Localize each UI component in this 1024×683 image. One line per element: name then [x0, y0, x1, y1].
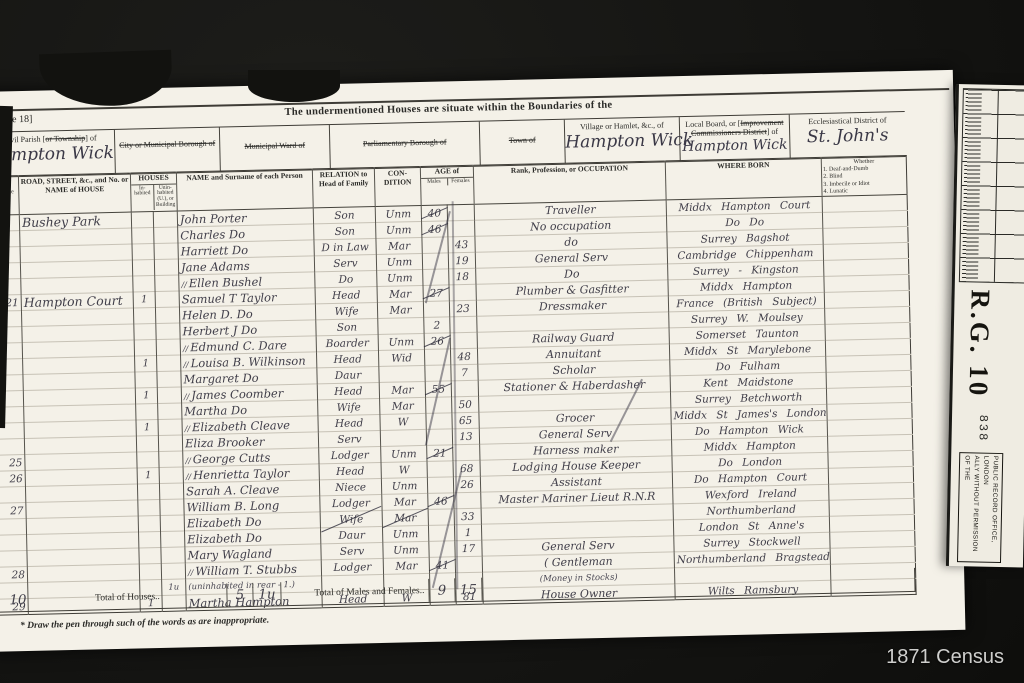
cell-age-male [427, 461, 453, 478]
col-header-relation: RELATION to Head of Family [312, 168, 375, 208]
cell-age-male [423, 269, 449, 286]
cell-inhabited [138, 515, 160, 531]
cell-uninhabited [154, 243, 178, 260]
copyright-notice-line: ALLY WITHOUT PERMISSION OF THE [960, 455, 981, 559]
cell-condition: Unm [377, 269, 423, 286]
cell-schedule [0, 535, 27, 552]
cell-uninhabited [153, 211, 177, 228]
total-mf-label: Total of Males and Females.. [280, 579, 428, 605]
cell-relation: Son [314, 223, 376, 240]
cell-uninhabited [159, 483, 183, 500]
cell-age-female: 13 [452, 428, 479, 445]
cell-inhabited [136, 435, 158, 451]
cell-infirmity [828, 450, 913, 468]
cell-uninhabited [161, 563, 185, 580]
cell-inhabited [132, 244, 154, 260]
cell-infirmity [827, 402, 912, 420]
village-value: Hampton Wick [565, 130, 679, 153]
cell-relation: Head [319, 462, 381, 479]
cell-uninhabited [155, 275, 179, 292]
cell-condition: Mar [382, 509, 428, 526]
cell-relation: Head [316, 350, 378, 367]
cell-condition [380, 429, 426, 446]
cell-age-female [454, 492, 481, 509]
total-houses-label: Total of Houses.. [28, 583, 226, 610]
box-label-struck: Municipal Ward of [244, 141, 305, 151]
col-header-males: Males [421, 178, 447, 186]
cell-age-female: 65 [452, 412, 479, 429]
col-header-occupation: Rank, Profession, or OCCUPATION [473, 161, 666, 204]
infirmity-line: 1. Deaf-and-Dumb [823, 166, 868, 173]
cell-condition: Unm [375, 205, 421, 222]
cell-relation: Serv [318, 430, 380, 447]
cell-inhabited [132, 228, 154, 244]
civil-parish-value: Hampton Wick [0, 143, 115, 166]
cell-inhabited [134, 324, 156, 340]
header-box-local-board: Local Board, or [Improvement Commissione… [680, 115, 791, 161]
box-label-struck: Town of [509, 135, 536, 145]
cell-relation: Daur [320, 526, 382, 543]
cell-infirmity [823, 242, 908, 260]
cell-condition: Unm [381, 477, 427, 494]
cell-age-male [426, 429, 452, 446]
header-box-town: Town of [480, 120, 566, 166]
cell-relation: Head [317, 382, 379, 399]
cell-infirmity [830, 530, 915, 548]
ecclesiastical-value: St. John's [790, 125, 905, 148]
cell-age-female [453, 444, 480, 461]
cell-inhabited [139, 563, 161, 579]
cell-age-male [425, 365, 451, 382]
cell-infirmity [822, 210, 907, 228]
cell-condition: Unm [378, 333, 424, 350]
local-board-value: Hampton Wick [680, 137, 789, 155]
cell-condition: Mar [382, 493, 428, 510]
cell-relation: Wife [320, 510, 382, 527]
census-page: age 18] The undermentioned Houses are si… [0, 70, 965, 652]
cell-infirmity [824, 290, 909, 308]
header-box-village: Village or Hamlet, &c., of Hampton Wick [565, 117, 681, 164]
cell-inhabited [135, 372, 157, 388]
col-header-name: NAME and Surname of each Person [176, 169, 313, 211]
header-box-city-borough: City or Municipal Borough of [115, 128, 221, 174]
cell-inhabited [132, 260, 154, 276]
cell-infirmity [826, 386, 911, 404]
cell-inhabited [131, 212, 153, 228]
header-box-municipal-ward: Municipal Ward of [220, 125, 331, 171]
cell-age-female: 68 [453, 460, 480, 477]
cell-uninhabited [155, 291, 179, 308]
cell-infirmity [826, 370, 911, 388]
header-box-civil-parish: Civil Parish [or Township] of Hampton Wi… [0, 130, 116, 177]
cell-relation: Son [313, 207, 375, 224]
cell-relation: Head [318, 414, 380, 431]
archive-piece-number: 838 [976, 414, 991, 442]
cell-condition: Mar [376, 237, 422, 254]
infirmity-line: 2. Blind [823, 174, 842, 180]
cell-relation: Daur [317, 366, 379, 383]
cell-relation: Son [316, 318, 378, 335]
cell-inhabited: 1 [137, 467, 159, 483]
cell-relation: Wife [315, 302, 377, 319]
box-label-struck: or Township [45, 134, 85, 144]
cell-inhabited: 1 [135, 388, 157, 404]
cell-uninhabited [154, 259, 178, 276]
cell-age-female [455, 556, 482, 573]
cell-schedule: 25 [0, 455, 25, 472]
cell-schedule: 26 [0, 471, 25, 488]
cell-age-male [422, 237, 448, 254]
col-header-age: AGE of Males Females [420, 165, 474, 205]
box-label: Village or Hamlet, &c., of [580, 120, 664, 131]
cell-relation: Wife [318, 398, 380, 415]
total-females: 15 [454, 578, 482, 602]
cell-infirmity [829, 498, 914, 516]
archive-reference: R.G. 10 [962, 289, 995, 398]
cell-relation: Boarder [316, 334, 378, 351]
cell-inhabited [136, 404, 158, 420]
archive-reference-strip: R.G. 10 838 ALLY WITHOUT PERMISSION OF T… [946, 84, 1024, 568]
cell-relation: D in Law [314, 239, 376, 256]
watermark-1871-census: 1871 Census [886, 646, 1004, 669]
cell-infirmity [825, 322, 910, 340]
cell-infirmity [830, 546, 915, 564]
cell-uninhabited [154, 227, 178, 244]
cell-inhabited [138, 499, 160, 515]
cell-inhabited [134, 340, 156, 356]
cell-uninhabited [160, 499, 184, 516]
cell-infirmity [828, 434, 913, 452]
cell-inhabited: 1 [133, 292, 155, 308]
cell-condition: Unm [381, 445, 427, 462]
cell-age-male: 40 [421, 205, 447, 222]
cell-uninhabited [157, 387, 181, 404]
totals-left-number: 10 [0, 588, 29, 612]
cell-infirmity [825, 338, 910, 356]
cell-infirmity [829, 482, 914, 500]
cell-inhabited [137, 451, 159, 467]
cell-condition [378, 317, 424, 334]
copyright-notice: ALLY WITHOUT PERMISSION OF THE PUBLIC RE… [957, 452, 1003, 563]
header-box-ecclesiastical: Ecclesiastical District of St. John's [790, 112, 906, 159]
cell-relation: Do [315, 271, 377, 288]
cell-age-male [428, 525, 454, 542]
cell-uninhabited [159, 451, 183, 468]
col-header-road: ROAD, STREET, &c., and No. or NAME of HO… [18, 173, 131, 215]
infirmity-line: 3. Imbecile or Idiot [823, 180, 869, 187]
cell-uninhabited [158, 435, 182, 452]
cell-infirmity [826, 354, 911, 372]
cell-inhabited [139, 531, 161, 547]
cell-condition: Mar [377, 301, 423, 318]
cell-inhabited: 1 [135, 356, 157, 372]
header-box-parliamentary-borough: Parliamentary Borough of [330, 122, 481, 169]
col-header-condition: CON- DITION [374, 166, 421, 206]
col-header-infirmity: Whether 1. Deaf-and-Dumb 2. Blind 3. Imb… [821, 155, 907, 196]
cell-infirmity [824, 274, 909, 292]
total-houses-uninhabited: 1u [252, 582, 281, 606]
cell-age-male: 46 [428, 493, 454, 510]
col-header-inhabited: In-habited [131, 185, 154, 211]
col-header-females: Females [447, 177, 474, 185]
cell-infirmity [824, 258, 909, 276]
cell-uninhabited [161, 547, 185, 564]
cell-uninhabited [161, 531, 185, 548]
cell-inhabited [137, 483, 159, 499]
total-houses-inhabited: 5 [226, 583, 253, 607]
scanned-census-scene: age 18] The undermentioned Houses are si… [0, 0, 1024, 683]
copyright-notice-line: PUBLIC RECORD OFFICE, LONDON [979, 456, 1000, 560]
box-label-struck: Parliamentary Borough of [363, 137, 447, 148]
census-table: No. of Schedule ROAD, STREET, &c., and N… [0, 155, 917, 616]
cell-uninhabited [157, 355, 181, 372]
cell-infirmity [829, 514, 914, 532]
cell-condition: Unm [376, 221, 422, 238]
cell-condition: Unm [376, 253, 422, 270]
cell-relation: Lodger [319, 446, 381, 463]
cell-age-male [423, 301, 449, 318]
cell-age-male: 2 [424, 317, 450, 334]
cell-inhabited [133, 276, 155, 292]
cell-infirmity [823, 226, 908, 244]
cell-condition: Unm [382, 525, 428, 542]
cell-relation: Serv [321, 542, 383, 559]
cell-relation: Serv [314, 255, 376, 272]
cell-infirmity [822, 194, 907, 212]
cell-condition: Unm [383, 541, 429, 558]
cell-age-male: 41 [429, 557, 455, 574]
cell-schedule [0, 551, 27, 568]
cell-schedule: 27 [0, 503, 26, 520]
cell-infirmity [828, 466, 913, 484]
cell-schedule [0, 519, 27, 536]
cell-uninhabited [158, 419, 182, 436]
cell-condition [379, 365, 425, 382]
cell-schedule [0, 487, 26, 504]
cell-condition: Mar [383, 557, 429, 574]
cell-inhabited [133, 308, 155, 324]
cell-age-female: 17 [455, 540, 482, 557]
cell-age-male: 21 [427, 445, 453, 462]
cell-uninhabited [159, 467, 183, 484]
box-label: ] of [767, 127, 779, 136]
cell-inhabited: 1 [136, 420, 158, 436]
cell-relation: Head [315, 286, 377, 303]
cell-uninhabited [156, 339, 180, 356]
cell-uninhabited [158, 403, 182, 420]
ruler-scale [959, 88, 1024, 283]
cell-uninhabited [156, 323, 180, 340]
cell-road: Hampton Court [21, 292, 133, 311]
cell-age-male [427, 477, 453, 494]
cell-age-female: 33 [454, 508, 481, 525]
scan-artifact-blob [248, 70, 340, 102]
cell-relation: Niece [319, 478, 381, 495]
cell-condition: W [380, 413, 426, 430]
cell-inhabited [139, 547, 161, 563]
cell-infirmity [825, 306, 910, 324]
cell-schedule [0, 439, 25, 456]
box-label: Ecclesiastical District of [808, 115, 886, 126]
cell-schedule: 28 [0, 567, 28, 584]
cell-uninhabited [157, 371, 181, 388]
col-header-houses: HOUSES In-habited Unin-habited (U.), or … [130, 172, 177, 212]
cell-condition: Mar [377, 285, 423, 302]
col-header-born: WHERE BORN [665, 157, 822, 200]
cell-condition: Mar [379, 381, 425, 398]
cell-age-male [426, 397, 452, 414]
cell-uninhabited [160, 515, 184, 532]
cell-condition: W [381, 461, 427, 478]
cell-uninhabited [155, 307, 179, 324]
ruler-grid [960, 89, 1024, 282]
cell-condition: Wid [378, 349, 424, 366]
cell-condition: Mar [380, 397, 426, 414]
cell-relation: Lodger [321, 558, 383, 575]
box-label-struck: City or Municipal Borough of [119, 139, 215, 150]
col-header-uninhabited: Unin-habited (U.), or Building [153, 184, 177, 210]
cell-age-female: 1 [454, 524, 481, 541]
box-label: ] of [85, 133, 97, 142]
footnote: * Draw the pen through such of the words… [20, 616, 269, 632]
cell-infirmity [827, 418, 912, 436]
infirmity-line: 4. Lunatic [823, 188, 847, 195]
